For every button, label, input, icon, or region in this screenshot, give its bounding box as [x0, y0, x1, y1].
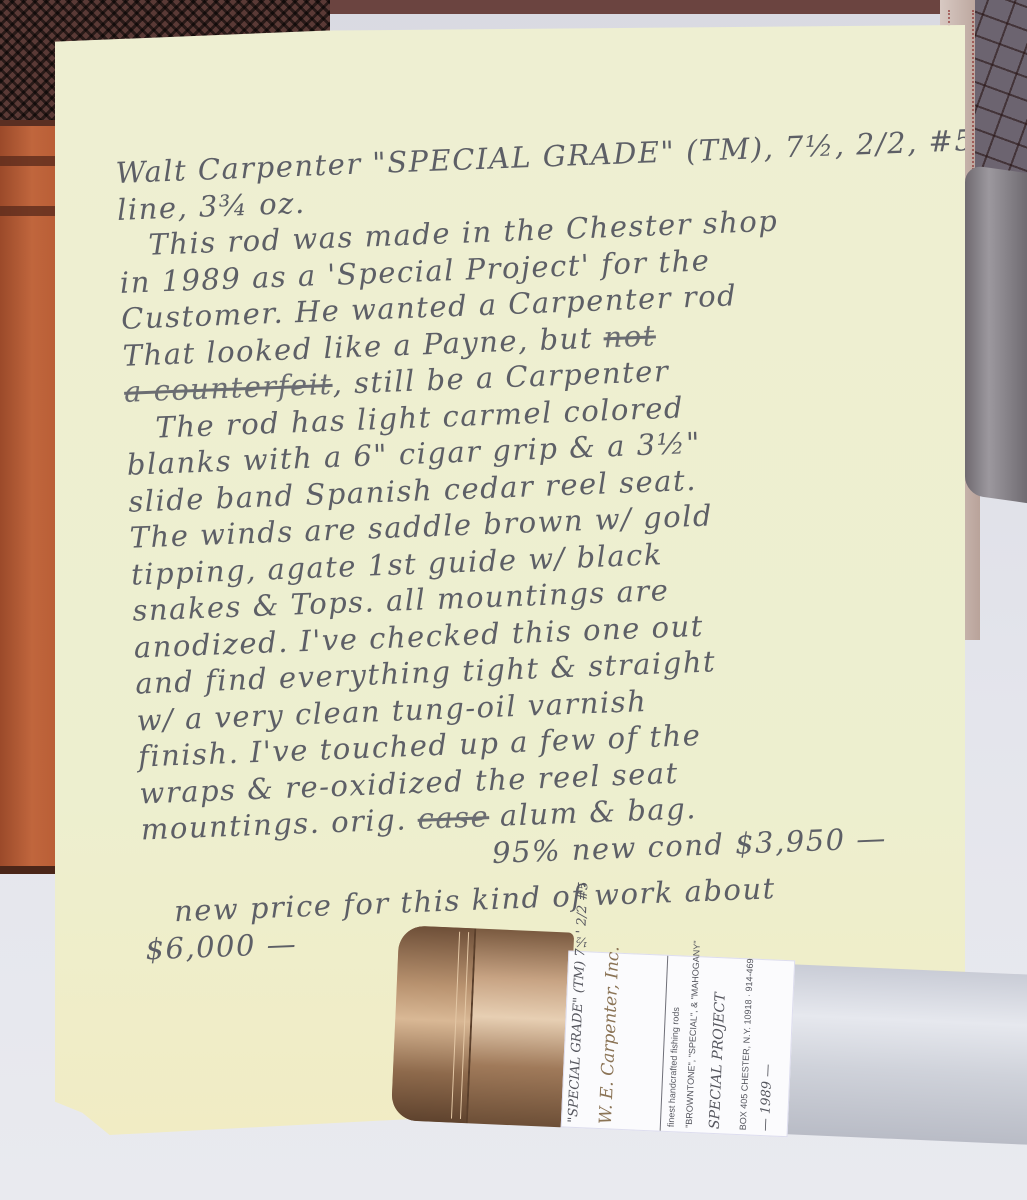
- tube-label: "SPECIAL GRADE" (TM) 7½' 2/2 #5 W. E. Ca…: [561, 950, 796, 1137]
- label-project-handwriting: SPECIAL PROJECT: [707, 964, 730, 1130]
- rod-tube: "SPECIAL GRADE" (TM) 7½' 2/2 #5 W. E. Ca…: [391, 925, 1027, 1154]
- struck-out-word: case: [417, 799, 490, 836]
- label-grade-handwriting: "SPECIAL GRADE" (TM) 7½' 2/2 #5: [566, 958, 588, 1123]
- metal-tin: [965, 164, 1027, 505]
- label-maker: W. E. Carpenter, Inc.: [596, 959, 623, 1125]
- struck-out-word: not: [603, 318, 657, 354]
- cap-rim: [391, 925, 476, 1123]
- note-line-text: alum & bag.: [488, 791, 697, 833]
- struck-out-word: a counterfeit: [123, 367, 333, 409]
- note-line-text: line, 3¾ oz.: [116, 185, 306, 226]
- label-year-handwriting: — 1989 —: [758, 966, 780, 1131]
- cap-engraved-lines: [451, 932, 469, 1119]
- handwritten-note: Walt Carpenter "SPECIAL GRADE" (TM), 7½,…: [115, 123, 986, 968]
- brass-tube-cap: [391, 925, 574, 1127]
- label-models: "BROWNTONE", "SPECIAL", & "MAHOGANY": [684, 963, 701, 1128]
- label-address: BOX 405 CHESTER, N.Y. 10918 · 914-469: [738, 965, 755, 1130]
- label-tagline: finest handcrafted fishing rods: [666, 962, 683, 1127]
